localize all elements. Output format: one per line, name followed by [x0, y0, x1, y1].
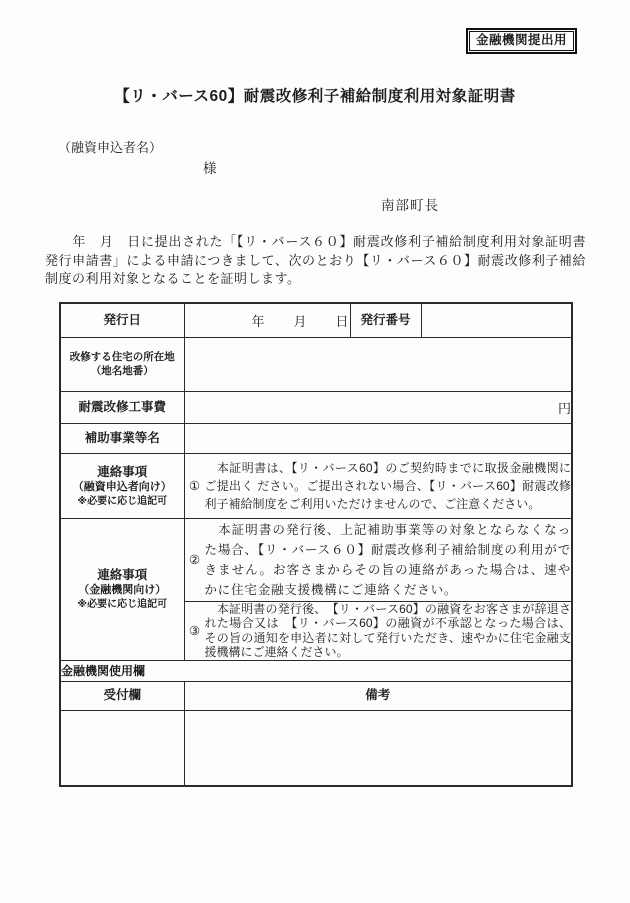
notice-applicant-line3: ※必要に応じ追記可	[61, 495, 184, 508]
notice-bank-line2: （金融機関向け）	[61, 583, 184, 598]
certification-paragraph: 年 月 日に提出された「【リ・バース６０】耐震改修利子補給制度利用対象証明書発行…	[45, 233, 586, 289]
row-notice-applicant: 連絡事項 （融資申込者向け） ※必要に応じ追記可 ① 本証明書は、【リ・バース6…	[60, 453, 572, 518]
row-bank-use: 金融機関使用欄	[60, 660, 572, 681]
notice-bank-line3: ※必要に応じ追記可	[61, 598, 184, 611]
cost-label: 耐震改修工事費	[60, 391, 184, 423]
row-reception-remarks-header: 受付欄 備考	[60, 681, 572, 710]
page-title: 【リ・バース60】耐震改修利子補給制度利用対象証明書	[0, 84, 630, 106]
honorific-sama: 様	[203, 157, 217, 177]
stamp-label: 金融機関提出用	[469, 31, 574, 51]
reception-value-cell	[60, 710, 184, 786]
applicant-name-label: （融資申込者名）	[58, 137, 162, 156]
issue-number-label: 発行番号	[350, 303, 421, 337]
issue-number-value-cell	[421, 303, 572, 337]
row-reception-remarks-body	[60, 710, 572, 786]
address-label-line1: 改修する住宅の所在地	[61, 350, 184, 364]
notice-applicant-line1: 連絡事項	[61, 464, 184, 480]
reception-label: 受付欄	[60, 681, 184, 710]
addressee-mayor: 南部町長	[381, 194, 439, 214]
certificate-table: 発行日 年 月 日 発行番号 改修する住宅の所在地 （地名地番） 耐震改修工事費…	[59, 302, 573, 787]
row-subsidy: 補助事業等名	[60, 423, 572, 453]
row-notice-bank-1: 連絡事項 （金融機関向け） ※必要に応じ追記可 ② 本証明書の発行後、上記補助事…	[60, 518, 572, 601]
notice-item2-cell: ② 本証明書の発行後、上記補助事業等の対象とならなくなった場合、【リ・バース６０…	[184, 518, 572, 601]
issue-date-value-cell: 年 月 日	[184, 303, 350, 337]
bank-use-label: 金融機関使用欄	[60, 660, 572, 681]
address-value-cell	[184, 337, 572, 391]
row-cost: 耐震改修工事費 円	[60, 391, 572, 423]
notice-applicant-line2: （融資申込者向け）	[61, 480, 184, 495]
subsidy-label: 補助事業等名	[60, 423, 184, 453]
notice-bank-line1: 連絡事項	[61, 567, 184, 583]
item1-text: 本証明書は、【リ・バース60】のご契約時までに取扱金融機関にご提出く ださい。ご…	[205, 459, 572, 513]
item2-text: 本証明書の発行後、上記補助事業等の対象とならなくなった場合、【リ・バース６０】耐…	[205, 520, 572, 600]
notice-bank-header-cell: 連絡事項 （金融機関向け） ※必要に応じ追記可	[60, 518, 184, 660]
notice-applicant-header-cell: 連絡事項 （融資申込者向け） ※必要に応じ追記可	[60, 453, 184, 518]
address-label-cell: 改修する住宅の所在地 （地名地番）	[60, 337, 184, 391]
remarks-value-cell	[184, 710, 572, 786]
subsidy-value-cell	[184, 423, 572, 453]
item3-number: ③	[185, 623, 205, 639]
item1-number: ①	[185, 478, 205, 494]
item2-number: ②	[185, 552, 205, 568]
document-page: 金融機関提出用 【リ・バース60】耐震改修利子補給制度利用対象証明書 （融資申込…	[0, 0, 630, 903]
row-issue-date: 発行日 年 月 日 発行番号	[60, 303, 572, 337]
notice-item3-cell: ③ 本証明書の発行後、 【リ・バース60】の融資をお客さまが辞退された場合又は …	[184, 601, 572, 660]
address-label-line2: （地名地番）	[61, 364, 184, 378]
row-address: 改修する住宅の所在地 （地名地番）	[60, 337, 572, 391]
issue-date-label: 発行日	[60, 303, 184, 337]
notice-item1-cell: ① 本証明書は、【リ・バース60】のご契約時までに取扱金融機関にご提出く ださい…	[184, 453, 572, 518]
item3-text: 本証明書の発行後、 【リ・バース60】の融資をお客さまが辞退された場合又は 【リ…	[205, 602, 572, 660]
remarks-label: 備考	[184, 681, 572, 710]
stamp-box: 金融機関提出用	[466, 28, 577, 54]
cost-value-cell: 円	[184, 391, 572, 423]
